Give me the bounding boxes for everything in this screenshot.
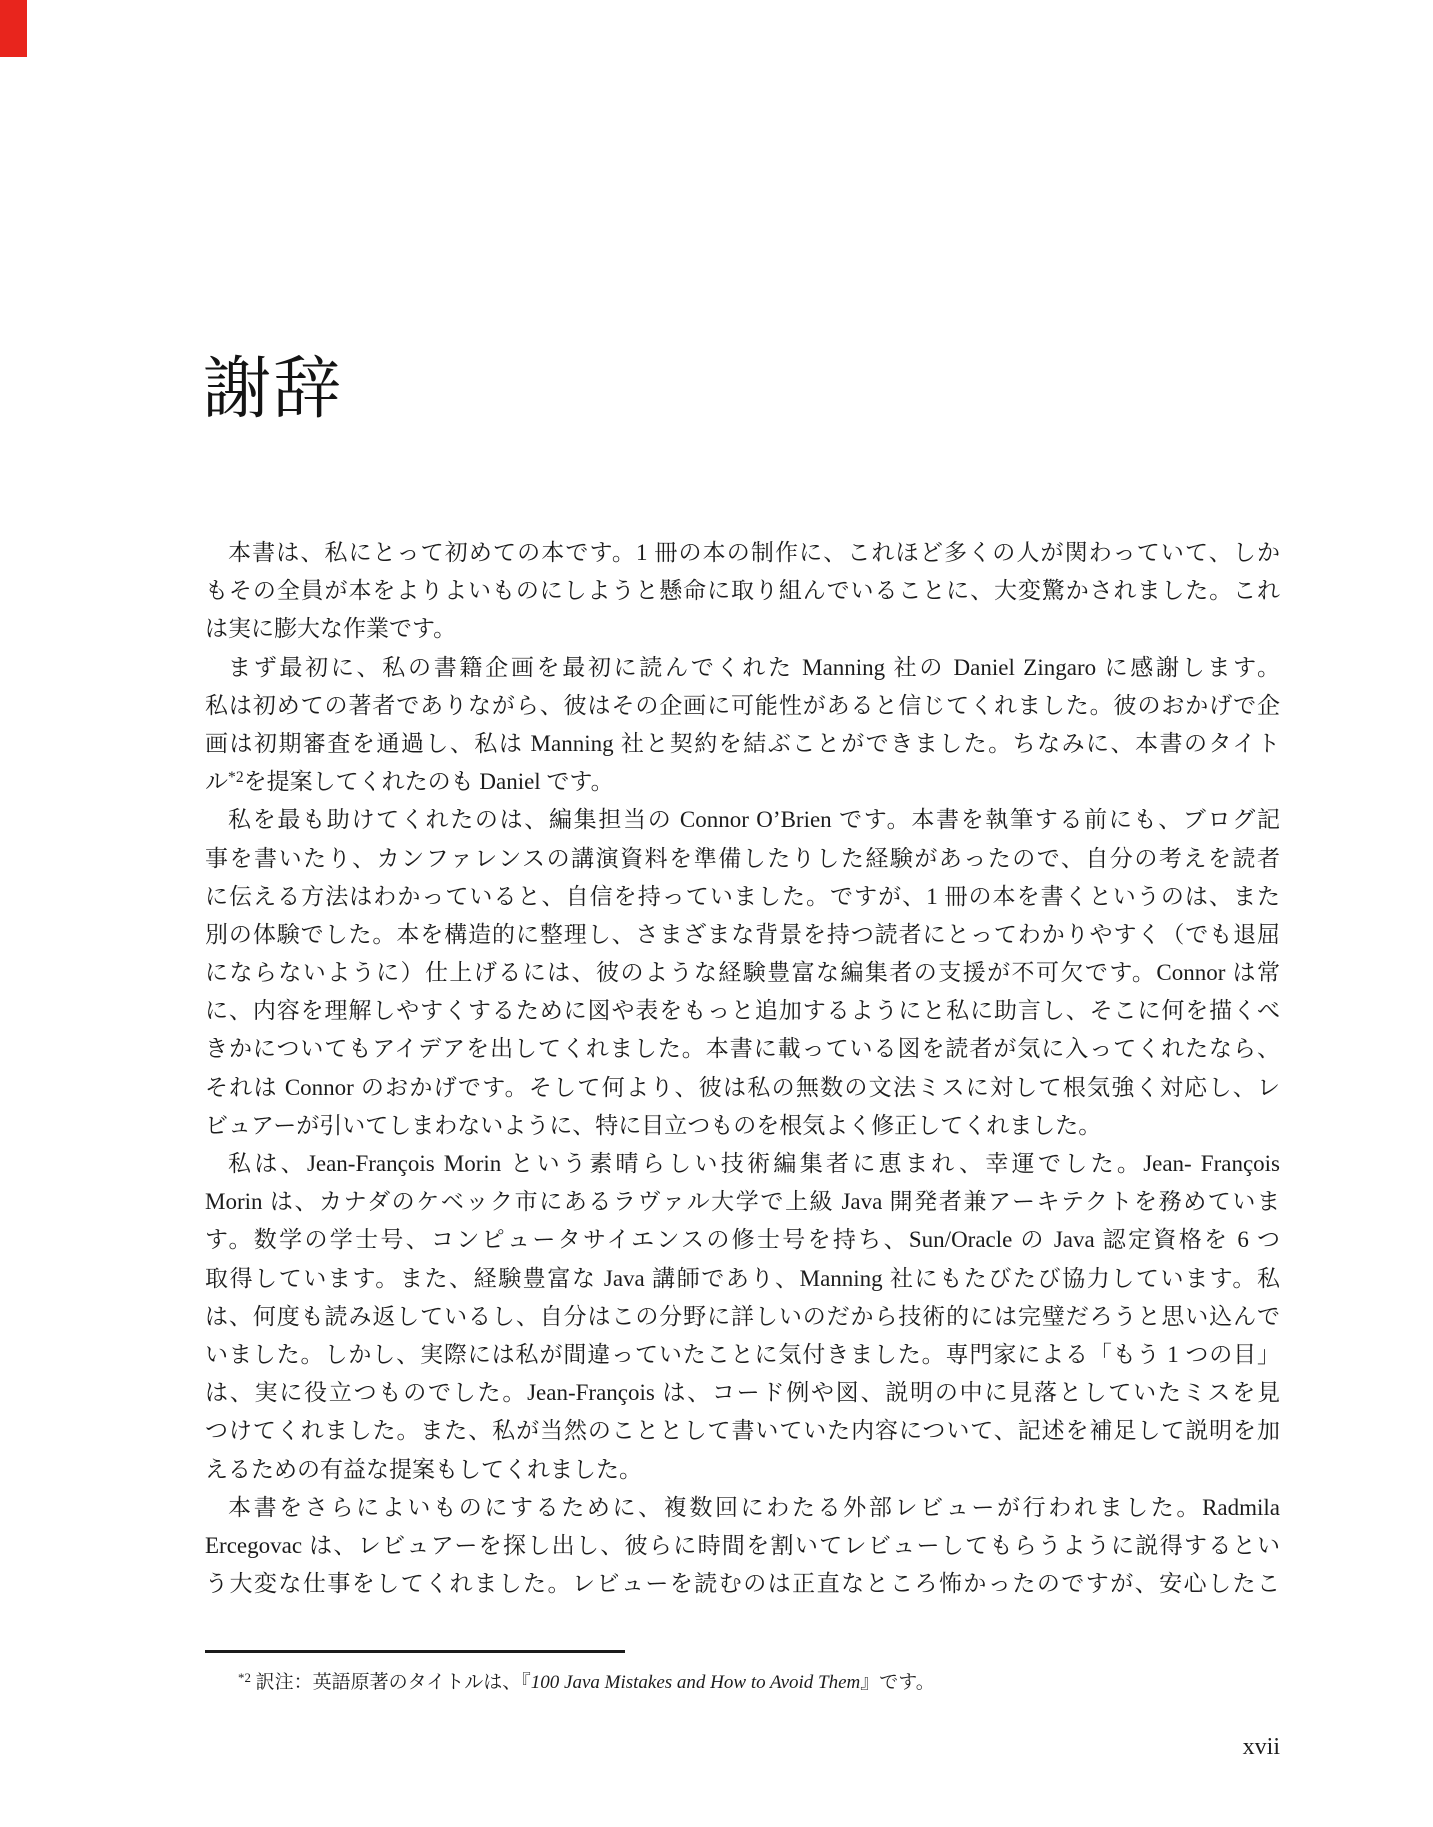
page-number: xvii — [205, 1734, 1280, 1761]
text-line: は実に膨大な作業です。 — [205, 610, 1280, 648]
footnote-note-text: 』です。 — [860, 1672, 934, 1693]
text-line: 別の体験でした。本を構造的に整理し、さまざまな背景を持つ読者にとってわかりやすく… — [205, 916, 1280, 954]
text-line: 画は初期審査を通過し、私は Manning 社と契約を結ぶことができました。ちな… — [205, 725, 1280, 763]
text-line: に伝える方法はわかっていると、自信を持っていました。ですが、1 冊の本を書くとい… — [205, 878, 1280, 916]
text-line: ビュアーが引いてしまわないように、特に目立つものを根気よく修正してくれました。 — [205, 1107, 1280, 1145]
text-line: 私は初めての著者でありながら、彼はその企画に可能性があると信じてくれました。彼の… — [205, 687, 1280, 725]
footnote-note-text: 訳注：英語原著のタイトルは、『 — [251, 1672, 531, 1693]
text-line: 取得しています。また、経験豊富な Java 講師であり、Manning 社にもた… — [205, 1260, 1280, 1298]
text-line: いました。しかし、実際には私が間違っていたことに気付きました。専門家による「もう… — [205, 1336, 1280, 1374]
text-line: Ercegovac は、レビュアーを探し出し、彼らに時間を割いてレビューしてもら… — [205, 1527, 1280, 1565]
text-line: 私は、Jean-François Morin という素晴らしい技術編集者に恵まれ… — [205, 1145, 1280, 1183]
text-line: それは Connor のおかげです。そして何より、彼は私の無数の文法ミスに対して… — [205, 1069, 1280, 1107]
footnote-rule — [205, 1650, 625, 1653]
text-line: にならないように）仕上げるには、彼のような経験豊富な編集者の支援が不可欠です。C… — [205, 954, 1280, 992]
text-line: まず最初に、私の書籍企画を最初に読んでくれた Manning 社の Daniel… — [205, 649, 1280, 687]
text-line: Morin は、カナダのケベック市にあるラヴァル大学で上級 Java 開発者兼ア… — [205, 1183, 1280, 1221]
text-line: す。数学の学士号、コンピュータサイエンスの修士号を持ち、Sun/Oracle の… — [205, 1221, 1280, 1259]
text-line: う大変な仕事をしてくれました。レビューを読むのは正直なところ怖かったのですが、安… — [205, 1565, 1280, 1603]
original-book-title: 100 Java Mistakes and How to Avoid Them — [531, 1672, 860, 1693]
book-page: 謝辞 本書は、私にとって初めての本です。1 冊の本の制作に、これほど多くの人が関… — [0, 0, 1433, 1827]
text-line: 本書は、私にとって初めての本です。1 冊の本の制作に、これほど多くの人が関わって… — [205, 534, 1280, 572]
chapter-title: 謝辞 — [203, 352, 343, 427]
text-line: 事を書いたり、カンファレンスの講演資料を準備したりした経験があったので、自分の考… — [205, 840, 1280, 878]
body-text: 本書は、私にとって初めての本です。1 冊の本の制作に、これほど多くの人が関わって… — [205, 534, 1280, 1603]
text-line: は、実に役立つものでした。Jean-François は、コード例や図、説明の中… — [205, 1374, 1280, 1412]
text-line: きかについてもアイデアを出してくれました。本書に載っている図を読者が気に入ってく… — [205, 1030, 1280, 1068]
footnote-marker: *2 — [238, 1670, 251, 1685]
corner-marker — [0, 0, 27, 57]
text-line: つけてくれました。また、私が当然のこととして書いていた内容について、記述を補足し… — [205, 1412, 1280, 1450]
text-line: に、内容を理解しやすくするために図や表をもっと追加するようにと私に助言し、そこに… — [205, 992, 1280, 1030]
footnote-ref-marker: *2 — [228, 769, 244, 786]
text-line: 私を最も助けてくれたのは、編集担当の Connor O’Brien です。本書を… — [205, 801, 1280, 839]
footnote-text: *2 訳注：英語原著のタイトルは、『100 Java Mistakes and … — [205, 1668, 1280, 1698]
text-line: ル*2を提案してくれたのも Daniel です。 — [205, 763, 1280, 801]
text-line: は、何度も読み返しているし、自分はこの分野に詳しいのだから技術的には完璧だろうと… — [205, 1298, 1280, 1336]
text-line: えるための有益な提案もしてくれました。 — [205, 1451, 1280, 1489]
text-line: もその全員が本をよりよいものにしようと懸命に取り組んでいることに、大変驚かされま… — [205, 572, 1280, 610]
text-line: 本書をさらによいものにするために、複数回にわたる外部レビューが行われました。Ra… — [205, 1489, 1280, 1527]
